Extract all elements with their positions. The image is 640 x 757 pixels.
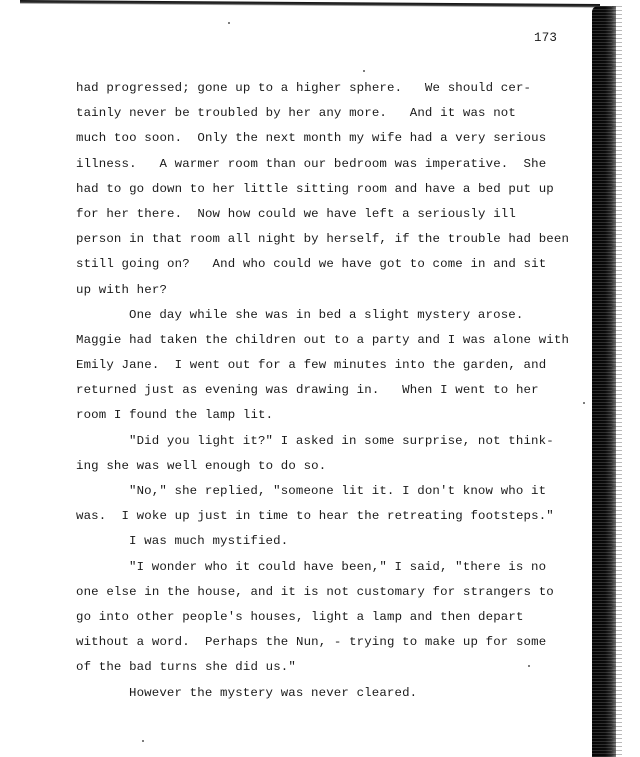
page-number: 173	[534, 31, 557, 45]
text-line: However the mystery was never cleared.	[76, 681, 586, 706]
text-line: tainly never be troubled by her any more…	[76, 101, 586, 126]
text-line: Maggie had taken the children out to a p…	[76, 328, 586, 353]
text-line: "No," she replied, "someone lit it. I do…	[76, 479, 586, 504]
text-line: Emily Jane. I went out for a few minutes…	[76, 353, 586, 378]
text-line: ing she was well enough to do so.	[76, 454, 586, 479]
text-line: still going on? And who could we have go…	[76, 252, 586, 277]
text-line: was. I woke up just in time to hear the …	[76, 504, 586, 529]
text-line: "I wonder who it could have been," I sai…	[76, 555, 586, 580]
text-line: person in that room all night by herself…	[76, 227, 586, 252]
scan-speck	[228, 22, 230, 24]
typewritten-body: had progressed; gone up to a higher sphe…	[76, 76, 586, 706]
text-line: go into other people's houses, light a l…	[76, 605, 586, 630]
text-line: "Did you light it?" I asked in some surp…	[76, 429, 586, 454]
text-line: One day while she was in bed a slight my…	[76, 303, 586, 328]
text-line: of the bad turns she did us."	[76, 655, 586, 680]
text-line: one else in the house, and it is not cus…	[76, 580, 586, 605]
text-line: up with her?	[76, 278, 586, 303]
scan-speck	[583, 402, 585, 404]
text-line: I was much mystified.	[76, 529, 586, 554]
scan-speck	[363, 70, 365, 72]
text-line: had progressed; gone up to a higher sphe…	[76, 76, 586, 101]
text-line: much too soon. Only the next month my wi…	[76, 126, 586, 151]
scan-speck	[142, 740, 144, 742]
text-line: illness. A warmer room than our bedroom …	[76, 152, 586, 177]
text-line: without a word. Perhaps the Nun, - tryin…	[76, 630, 586, 655]
scan-top-edge	[20, 0, 600, 8]
text-line: returned just as evening was drawing in.…	[76, 378, 586, 403]
scan-edge-speckle	[612, 6, 622, 757]
text-line: for her there. Now how could we have lef…	[76, 202, 586, 227]
text-line: had to go down to her little sitting roo…	[76, 177, 586, 202]
scan-speck	[528, 665, 530, 667]
text-line: room I found the lamp lit.	[76, 403, 586, 428]
